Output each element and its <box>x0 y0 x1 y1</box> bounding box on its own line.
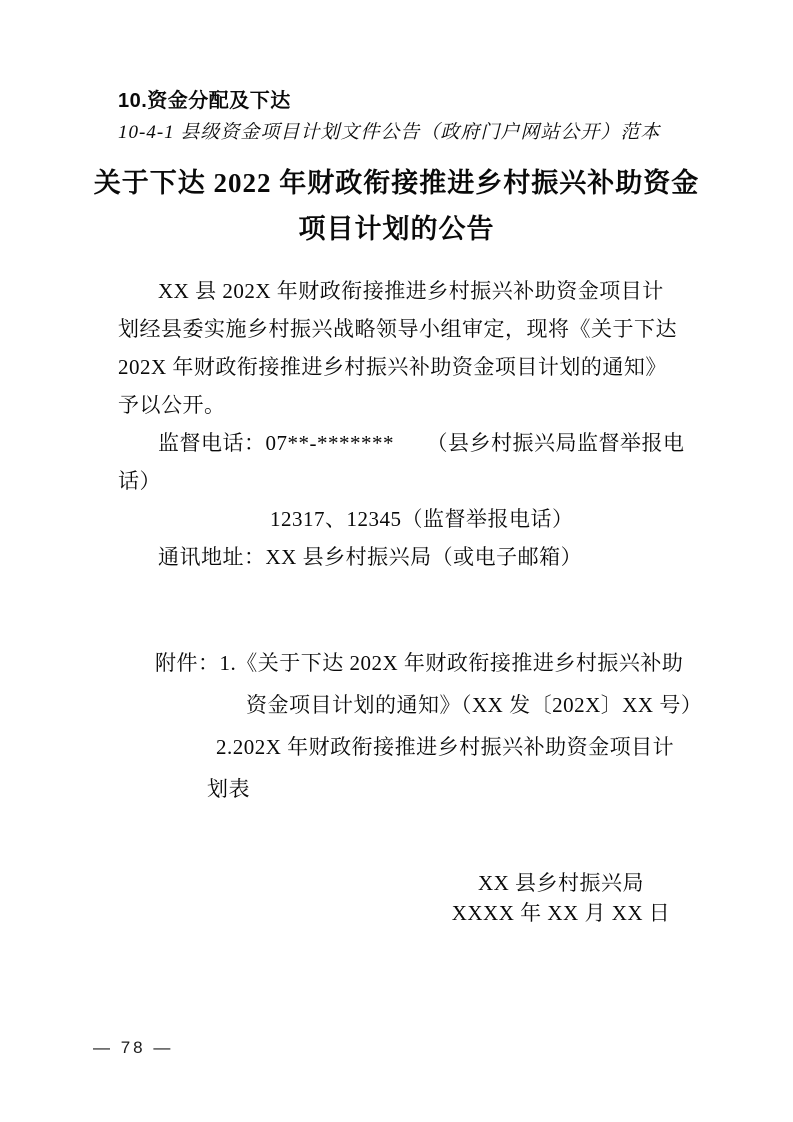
attachment-line-1: 附件：1.《关于下达 202X 年财政衔接推进乡村振兴补助 <box>118 642 718 684</box>
document-title-line1: 关于下达 2022 年财政衔接推进乡村振兴补助资金 <box>0 160 793 206</box>
paragraph-line-4: 予以公开。 <box>118 386 678 424</box>
document-title: 关于下达 2022 年财政衔接推进乡村振兴补助资金 项目计划的公告 <box>0 160 793 252</box>
paragraph-line-2: 划经县委实施乡村振兴战略领导小组审定，现将《关于下达 <box>118 310 678 348</box>
signature-block: XX 县乡村振兴局 XXXX 年 XX 月 XX 日 <box>401 868 721 928</box>
document-title-line2: 项目计划的公告 <box>0 206 793 252</box>
attachments-list: 附件：1.《关于下达 202X 年财政衔接推进乡村振兴补助 资金项目计划的通知》… <box>118 642 718 810</box>
body-text: XX 县 202X 年财政衔接推进乡村振兴补助资金项目计 划经县委实施乡村振兴战… <box>118 272 678 576</box>
attachment-line-4: 划表 <box>118 768 718 810</box>
supervision-phone-line-2: 话） <box>118 462 678 500</box>
attachment-line-3: 2.202X 年财政衔接推进乡村振兴补助资金项目计 <box>118 726 718 768</box>
attachment-line-2: 资金项目计划的通知》（XX 发〔202X〕XX 号） <box>118 684 718 726</box>
mailing-address: 通讯地址：XX 县乡村振兴局（或电子邮箱） <box>118 538 678 576</box>
supervision-phone-line-1: 监督电话：07**-******* （县乡村振兴局监督举报电 <box>118 424 678 462</box>
signature-date: XXXX 年 XX 月 XX 日 <box>401 898 721 928</box>
hotline-numbers: 12317、12345（监督举报电话） <box>118 500 678 538</box>
section-heading: 10.资金分配及下达 <box>118 88 793 114</box>
paragraph-line-3: 202X 年财政衔接推进乡村振兴补助资金项目计划的通知》 <box>118 348 678 386</box>
page-number: — 78 — <box>93 1038 173 1058</box>
document-page: 10.资金分配及下达 10-4-1 县级资金项目计划文件公告（政府门户网站公开）… <box>0 0 793 1122</box>
paragraph-line-1: XX 县 202X 年财政衔接推进乡村振兴补助资金项目计 <box>118 272 678 310</box>
subsection-heading: 10-4-1 县级资金项目计划文件公告（政府门户网站公开）范本 <box>118 119 793 146</box>
signature-organization: XX 县乡村振兴局 <box>401 868 721 898</box>
